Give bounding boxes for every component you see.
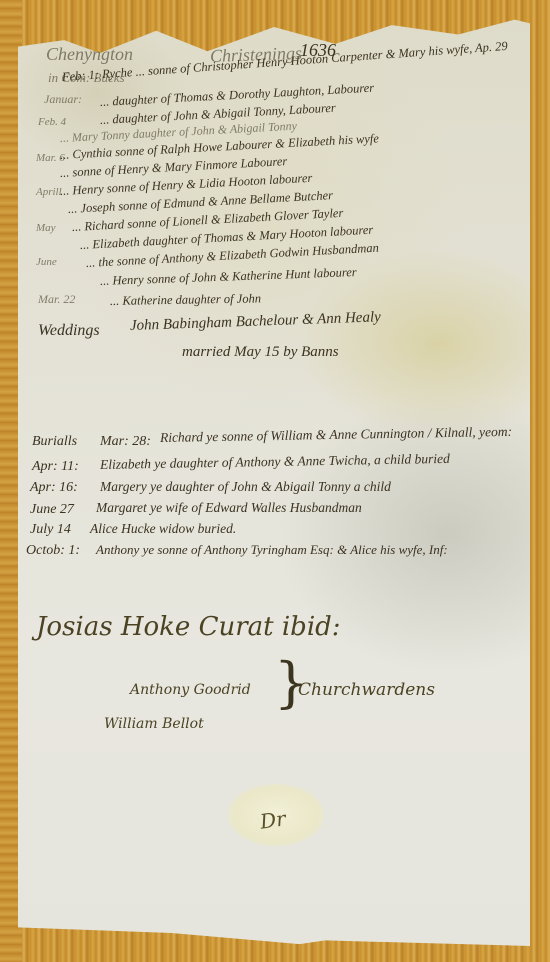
christening-entry: ... Katherine daughter of John <box>110 291 261 309</box>
burial-entry: Margery ye daughter of John & Abigail To… <box>100 479 391 495</box>
weddings-label: Weddings <box>38 322 100 340</box>
margin-label: Mar. 22 <box>38 292 75 307</box>
burial-entry: Margaret ye wife of Edward Walles Husban… <box>96 500 362 516</box>
burial-date: Apr: 11: <box>32 459 79 475</box>
margin-label: June <box>36 256 57 268</box>
curate-signature: Josias Hoke Curat ibid: <box>36 612 341 642</box>
burial-date: June 27 <box>30 502 74 518</box>
margin-label: May <box>36 222 56 234</box>
churchwarden-signature: Anthony Goodrid <box>130 682 251 698</box>
margin-label: Aprill <box>36 186 62 198</box>
margin-label: Feb. 4 <box>38 116 66 128</box>
seal-mark: Dr <box>258 806 287 833</box>
churchwardens-label: Churchwardens <box>298 680 435 700</box>
margin-label: Januar: <box>44 92 82 107</box>
churchwarden-signature: William Bellot <box>104 716 204 732</box>
burial-date: Apr: 16: <box>30 480 78 496</box>
burials-label: Burialls <box>32 434 77 450</box>
header-place: Chenyngton <box>46 44 133 65</box>
wedding-entry: married May 15 by Banns <box>182 344 339 361</box>
burial-date: July 14 <box>30 522 71 538</box>
burial-date: Octob: 1: <box>26 543 80 559</box>
burial-date: Mar: 28: <box>100 434 151 450</box>
burial-entry: Anthony ye sonne of Anthony Tyringham Es… <box>96 542 448 558</box>
burial-entry: Alice Hucke widow buried. <box>90 521 236 537</box>
